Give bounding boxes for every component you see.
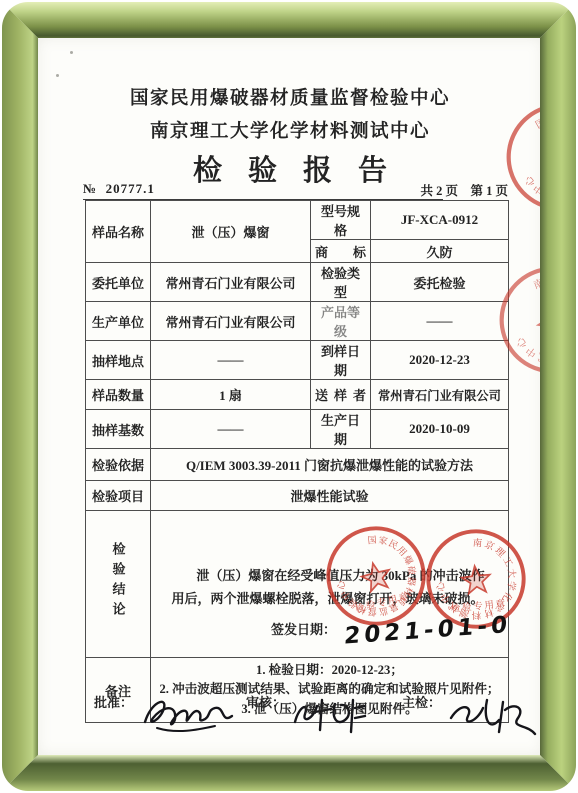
test-type-value: 委托检验: [371, 263, 509, 302]
stamp-bottom-text: 检验专用章: [538, 324, 542, 366]
client-label: 委托单位: [86, 263, 151, 302]
sampling-base-label: 抽样基数: [86, 410, 151, 449]
remark-line-1: 1. 检验日期：2020-12-23；: [155, 661, 504, 681]
frame-left-edge: [2, 2, 38, 791]
table-row: 样品名称 泄（压）爆窗 型号规格 JF-XCA-0912: [86, 201, 509, 240]
org-title-line2: 南京理工大学化学材料测试中心: [38, 117, 542, 143]
arrival-date-label: 到样日期: [311, 341, 371, 380]
frame-top-edge: [2, 2, 576, 38]
stamp-star-icon: [533, 300, 542, 340]
basis-label: 检验依据: [86, 449, 151, 481]
conclusion-cell: 泄（压）爆窗在经受峰值压力为 30kPa 的冲击波作用后，两个泄爆螺栓脱落，泄爆…: [151, 511, 509, 658]
table-row: 样品数量 1 扇 送样者 常州青石门业有限公司: [86, 380, 509, 410]
production-date-label: 生产日期: [311, 410, 371, 449]
sender-label: 送样者: [311, 380, 371, 410]
basis-value: Q/IEM 3003.39-2011 门窗抗爆泄爆性能的试验方法: [151, 449, 509, 481]
grade-value: ——: [371, 302, 509, 341]
sender-value: 常州青石门业有限公司: [371, 380, 509, 410]
producer-label: 生产单位: [86, 302, 151, 341]
sampling-base-value: ——: [151, 410, 311, 449]
remark-line-3: 3. 泄（压）爆窗结构图见附件。: [155, 700, 504, 720]
quantity-value: 1 扇: [151, 380, 311, 410]
report-table: 样品名称 泄（压）爆窗 型号规格 JF-XCA-0912 商 标 久防 委托单位…: [85, 200, 509, 723]
model-value: JF-XCA-0912: [371, 201, 509, 240]
quantity-label: 样品数量: [86, 380, 151, 410]
scan-speck: [70, 51, 73, 54]
frame-right-edge: [540, 2, 576, 791]
approve-label: 批准：: [94, 695, 133, 710]
issue-date-line: 签发日期：2021-01-06: [271, 617, 509, 643]
conclusion-label: 检验结论: [86, 511, 151, 658]
frame-bottom-edge: [2, 755, 576, 791]
model-label: 型号规格: [311, 201, 371, 240]
table-row: 委托单位 常州青石门业有限公司 检验类型 委托检验: [86, 263, 509, 302]
report-paper: 国家民用爆破器材质量监督检验中心 南京理工大学化学材料测试中心 检验报告 № 2…: [38, 38, 542, 755]
client-value: 常州青石门业有限公司: [151, 263, 311, 302]
page-indicator: 共 2 页 第 1 页: [420, 181, 508, 199]
brand-label: 商 标: [311, 240, 371, 263]
sample-name-label: 样品名称: [86, 201, 151, 263]
report-number-label: №: [83, 181, 97, 196]
remarks-cell: 1. 检验日期：2020-12-23； 2. 冲击波超压测试结果、试验距离的确定…: [151, 658, 509, 723]
conclusion-text: 泄（压）爆窗在经受峰值压力为 30kPa 的冲击波作用后，两个泄爆螺栓脱落，泄爆…: [155, 557, 504, 611]
issue-date-handwritten: 2021-01-06: [343, 610, 508, 649]
grade-label: 产品等级: [311, 302, 371, 341]
sampling-place-label: 抽样地点: [86, 341, 151, 380]
table-row: 生产单位 常州青石门业有限公司 产品等级 ——: [86, 302, 509, 341]
producer-value: 常州青石门业有限公司: [151, 302, 311, 341]
issue-date-label: 签发日期：: [271, 622, 336, 637]
table-row: 检验结论 泄（压）爆窗在经受峰值压力为 30kPa 的冲击波作用后，两个泄爆螺栓…: [86, 511, 509, 658]
item-label: 检验项目: [86, 481, 151, 511]
production-date-value: 2020-10-09: [371, 410, 509, 449]
scanned-report-photo: 国家民用爆破器材质量监督检验中心 南京理工大学化学材料测试中心 检验报告 № 2…: [0, 0, 578, 793]
report-number: № 20777.1: [83, 181, 155, 197]
report-number-row: № 20777.1 共 2 页 第 1 页: [83, 181, 508, 199]
sample-name-value: 泄（压）爆窗: [151, 201, 311, 263]
item-value: 泄爆性能试验: [151, 481, 509, 511]
table-row: 抽样地点 —— 到样日期 2020-12-23: [86, 341, 509, 380]
remark-line-2: 2. 冲击波超压测试结果、试验距离的确定和试验照片见附件；: [155, 680, 504, 700]
table-row: 检验项目 泄爆性能试验: [86, 481, 509, 511]
brand-value: 久防: [371, 240, 509, 263]
table-row: 检验依据 Q/IEM 3003.39-2011 门窗抗爆泄爆性能的试验方法: [86, 449, 509, 481]
arrival-date-value: 2020-12-23: [371, 341, 509, 380]
table-row: 抽样基数 —— 生产日期 2020-10-09: [86, 410, 509, 449]
org-title-line1: 国家民用爆破器材质量监督检验中心: [38, 84, 542, 110]
report-number-value: 20777.1: [106, 181, 155, 196]
scan-speck: [56, 74, 59, 77]
sampling-place-value: ——: [151, 341, 311, 380]
test-type-label: 检验类型: [311, 263, 371, 302]
